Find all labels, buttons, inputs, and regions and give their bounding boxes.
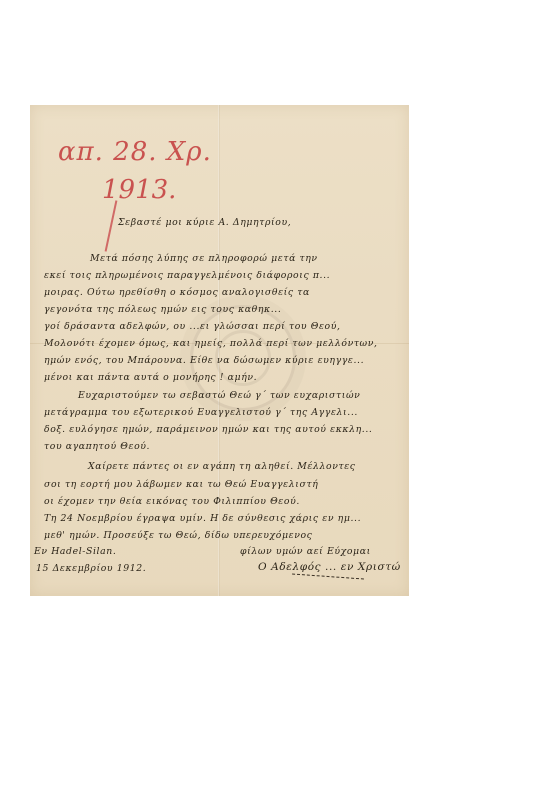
body-line: γοί δράσαντα αδελφών, ου ...ει γλώσσαι π…	[44, 321, 341, 332]
body-line: Χαίρετε πάντες οι εν αγάπη τη αληθεί. Μέ…	[88, 461, 356, 472]
body-line: μεθ' ημών. Προσεύξε τω Θεώ, δίδω υπερευχ…	[44, 530, 312, 541]
salutation: Σεβαστέ μοι κύριε Α. Δημητρίου,	[118, 217, 291, 228]
body-line: Μετά πόσης λύπης σε πληροφορώ μετά την	[90, 253, 318, 264]
signature-underline	[292, 573, 364, 579]
body-line: Τη 24 Νοεμβρίου έγραψα υμίν. Η δε σύνθεσ…	[44, 513, 361, 524]
body-line: οι έχομεν την θεία εικόνας του Φιλιππίου…	[44, 496, 300, 507]
letter-page: απ. 28. Χρ. 1913. Σεβαστέ μοι κύριε Α. Δ…	[30, 105, 409, 596]
body-line: του αγαπητού Θεού.	[44, 441, 150, 452]
body-line: δοξ. ευλόγησε ημών, παράμεινον ημών και …	[44, 424, 372, 435]
body-line: Ευχαριστούμεν τω σεβαστώ Θεώ γ΄ των ευχα…	[78, 390, 360, 401]
red-annotation-date: απ. 28. Χρ.	[58, 137, 212, 167]
body-line: σοι τη εορτή μου λάβωμεν και τω Θεώ Ευαγ…	[44, 479, 318, 490]
body-line: γεγονότα της πόλεως ημών εις τους καθηκ.…	[44, 304, 281, 315]
red-annotation-year: 1913.	[102, 175, 176, 205]
body-line: μετάγραμμα του εξωτερικού Ευαγγελιστού γ…	[44, 407, 358, 418]
body-line: ημών ενός, του Μπάρουνα. Είθε να δώσωμεν…	[44, 355, 364, 366]
body-line: Μολονότι έχομεν όμως, και ημείς, πολλά π…	[44, 338, 378, 349]
body-line: μένοι και πάντα αυτά ο μονήρης ! αμήν.	[44, 372, 257, 383]
place-line: Εν Hadel-Silan.	[34, 546, 116, 557]
signature: Ο Αδελφός ... εν Χριστώ	[258, 561, 401, 573]
red-stroke	[105, 200, 118, 251]
body-line: μοιρας. Ούτω ηρεθίσθη ο κόσμος αναλογισθ…	[44, 287, 310, 298]
closing-line: φίλων υμών αεί Εύχομαι	[240, 546, 371, 557]
body-line: εκεί τοις πληρωμένοις παραγγελμένοις διά…	[44, 270, 330, 281]
date-line: 15 Δεκεμβρίου 1912.	[36, 563, 146, 574]
